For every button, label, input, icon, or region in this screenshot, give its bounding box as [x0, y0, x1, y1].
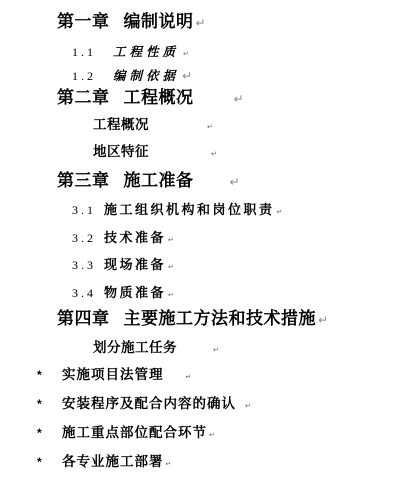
toc-star-item-4: *各专业施工部署↵ — [37, 455, 171, 469]
chapter-title: 施工准备 — [124, 171, 194, 190]
return-mark-icon: ↵ — [318, 313, 328, 327]
asterisk-bullet: * — [37, 427, 62, 439]
paragraph-mark-icon: ↵ — [277, 208, 283, 216]
chapter-number: 第三章 — [57, 171, 110, 190]
paragraph-mark-icon: ↵ — [213, 346, 219, 354]
toc-item-3-3: 3.3现场准备↵ — [72, 258, 174, 271]
item-number: 3.2 — [72, 232, 104, 244]
return-mark-icon: ↵ — [196, 16, 206, 30]
sub-title: 工程概况 — [93, 117, 149, 132]
toc-item-3-2: 3.2技术准备↵ — [72, 231, 174, 244]
toc-sub-diqutezheng: 地区特征↵ — [93, 145, 217, 159]
sub-title: 划分施工任务 — [93, 340, 177, 355]
chapter-number: 第二章 — [57, 88, 110, 107]
paragraph-mark-icon: ↵ — [207, 123, 213, 131]
return-mark-icon: ↵ — [230, 175, 240, 189]
toc-chapter-3: 第三章施工准备↵ — [57, 172, 240, 189]
toc-sub-huafenshigongrenwu: 划分施工任务↵ — [93, 341, 219, 355]
paragraph-mark-icon: ↵ — [211, 150, 217, 158]
toc-chapter-4: 第四章主要施工方法和技术措施↵ — [57, 310, 328, 327]
toc-star-item-3: *施工重点部位配合环节↵ — [37, 426, 215, 440]
chapter-number: 第一章 — [57, 12, 110, 31]
item-title: 施工重点部位配合环节 — [62, 425, 207, 440]
item-number: 1.1 — [72, 46, 113, 58]
toc-item-1-1: 1.1工程性质↵ — [72, 45, 189, 59]
paragraph-mark-icon: ↵ — [186, 373, 192, 381]
paragraph-mark-icon: ↵ — [168, 291, 174, 299]
paragraph-mark-icon: ↵ — [168, 263, 174, 271]
asterisk-bullet: * — [37, 456, 62, 468]
chapter-title: 工程概况 — [124, 88, 194, 107]
item-title: 各专业施工部署 — [62, 454, 164, 469]
item-title: 实施项目法管理 — [62, 367, 164, 382]
toc-chapter-1: 第一章编制说明↵ — [57, 13, 206, 30]
item-number: 3.3 — [72, 259, 104, 271]
toc-item-3-4: 3.4物质准备↵ — [72, 286, 174, 299]
paragraph-mark-icon: ↵ — [183, 50, 189, 58]
item-number: 3.4 — [72, 287, 104, 299]
sub-title: 地区特征 — [93, 144, 149, 159]
toc-sub-gongchenggaikuang: 工程概况↵ — [93, 118, 213, 132]
item-title: 施工组织机构和岗位职责 — [104, 202, 275, 217]
paragraph-mark-icon: ↵ — [166, 460, 172, 468]
item-number: 3.1 — [72, 204, 104, 216]
item-title: 物质准备 — [104, 285, 166, 300]
toc-item-1-2: 1.2编制依据↵ — [72, 69, 192, 83]
paragraph-mark-icon: ↵ — [168, 236, 174, 244]
item-number: 1.2 — [72, 70, 113, 82]
toc-star-item-2: *安装程序及配合内容的确认↵ — [37, 397, 251, 411]
toc-chapter-2: 第二章工程概况↵ — [57, 89, 244, 106]
toc-star-item-1: *实施项目法管理↵ — [37, 368, 191, 382]
document-page: 第一章编制说明↵ 1.1工程性质↵ 1.2编制依据↵ 第二章工程概况↵ 工程概况… — [0, 0, 413, 482]
asterisk-bullet: * — [37, 398, 62, 410]
item-title: 编制依据 — [113, 69, 179, 83]
item-title: 安装程序及配合内容的确认 — [62, 396, 236, 411]
item-title: 现场准备 — [104, 257, 166, 272]
chapter-title: 编制说明 — [124, 12, 194, 31]
item-title: 工程性质 — [113, 45, 179, 59]
item-title: 技术准备 — [104, 230, 166, 245]
toc-item-3-1: 3.1施工组织机构和岗位职责↵ — [72, 203, 282, 216]
chapter-title: 主要施工方法和技术措施 — [124, 309, 317, 328]
chapter-number: 第四章 — [57, 309, 110, 328]
paragraph-mark-icon: ↵ — [245, 402, 251, 410]
return-mark-icon: ↵ — [182, 69, 192, 83]
paragraph-mark-icon: ↵ — [209, 431, 215, 439]
return-mark-icon: ↵ — [234, 92, 244, 106]
asterisk-bullet: * — [37, 369, 62, 381]
